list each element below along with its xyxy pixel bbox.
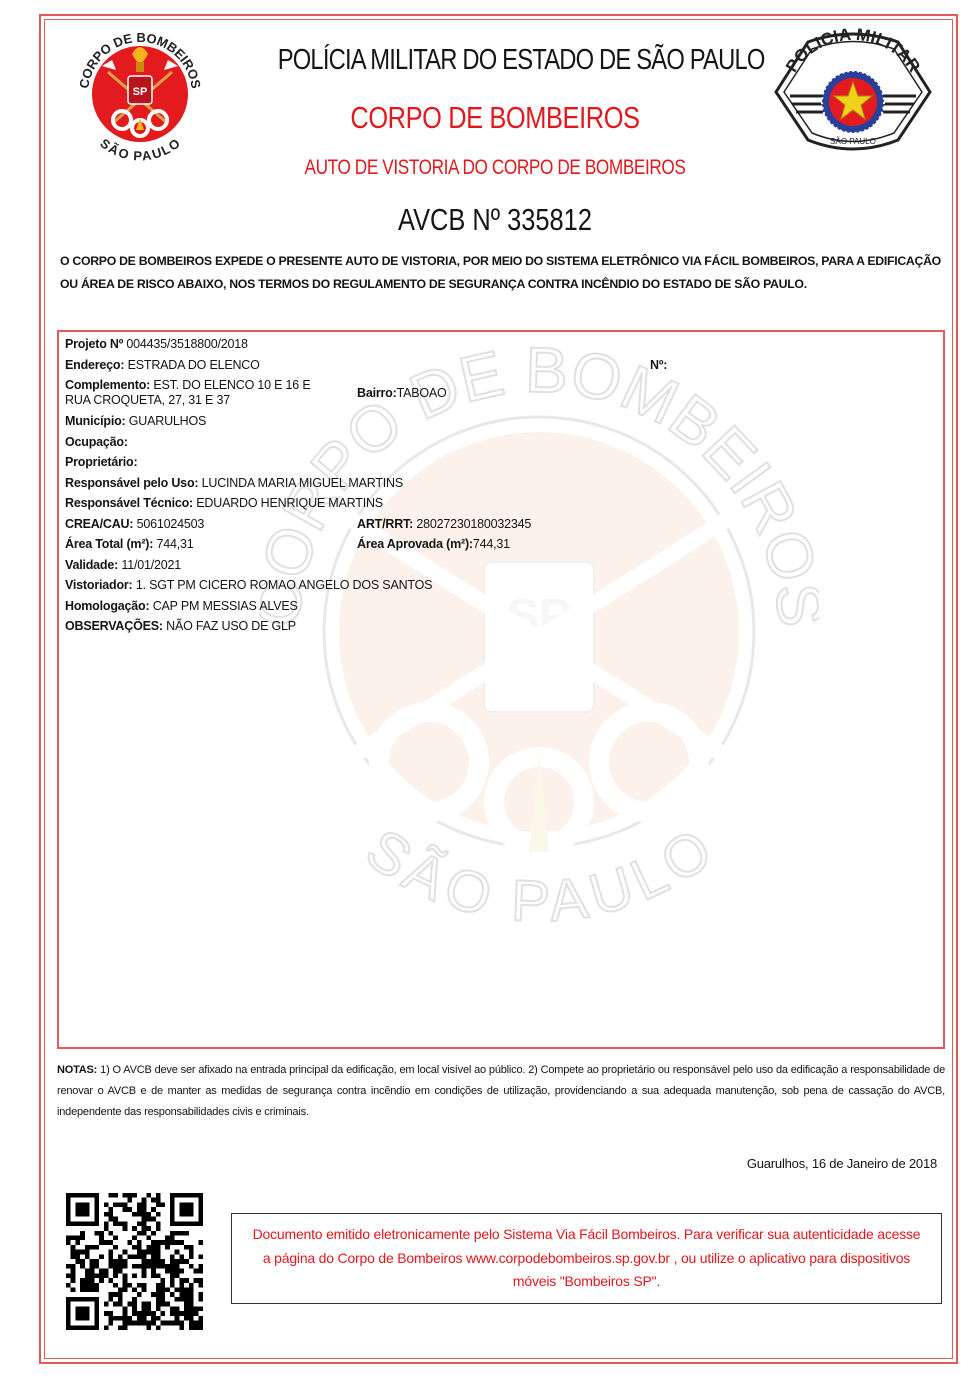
- organization-name: CORPO DE BOMBEIROS: [278, 100, 713, 136]
- svg-text:SP: SP: [133, 86, 148, 98]
- field-proprietario: Proprietário:: [65, 452, 432, 473]
- corpo-de-bombeiros-emblem-icon: CORPO DE BOMBEIROS SÃO PAULO SP: [70, 22, 210, 164]
- verification-text: Documento emitido eletronicamente pelo S…: [232, 1223, 941, 1294]
- field-validade: Validade: 11/01/2021: [65, 555, 432, 576]
- notes-paragraph: NOTAS: 1) O AVCB deve ser afixado na ent…: [57, 1060, 945, 1123]
- field-area-aprovada: Área Aprovada (m²):744,31: [357, 534, 510, 555]
- complemento-value-2: RUA CROQUETA, 27, 31 E 37: [65, 393, 230, 407]
- field-observacoes: OBSERVAÇÕES: NÃO FAZ USO DE GLP: [65, 616, 432, 637]
- field-municipio: Município: GUARULHOS: [65, 411, 432, 432]
- field-area-total: Área Total (m²): 744,31 Área Aprovada (m…: [65, 534, 432, 555]
- data-box: CORPO DE BOMBEIROS SÃO PAULO SP Projeto …: [57, 330, 945, 1049]
- field-art-rrt: ART/RRT: 28027230180032345: [357, 514, 531, 535]
- field-vistoriador: Vistoriador: 1. SGT PM CICERO ROMAO ANGE…: [65, 575, 432, 596]
- intro-paragraph: O CORPO DE BOMBEIROS EXPEDE O PRESENTE A…: [60, 250, 944, 296]
- policia-militar-badge-icon: POLICIA MILITAR SÃO PAULO: [768, 22, 938, 162]
- notes-text: 1) O AVCB deve ser afixado na entrada pr…: [57, 1064, 945, 1118]
- field-numero: Nº:: [650, 355, 667, 376]
- qr-code-icon[interactable]: [66, 1193, 203, 1330]
- endereco-value: ESTRADA DO ELENCO: [128, 358, 260, 372]
- issue-place-date: Guarulhos, 16 de Janeiro de 2018: [747, 1156, 937, 1171]
- field-projeto: Projeto Nº 004435/3518800/2018: [65, 334, 432, 355]
- complemento-value-1: EST. DO ELENCO 10 E 16 E: [153, 378, 310, 392]
- field-endereco: Endereço: ESTRADA DO ELENCO Nº:: [65, 355, 432, 376]
- field-homologacao: Homologação: CAP PM MESSIAS ALVES: [65, 596, 432, 617]
- field-crea-cau: CREA/CAU: 5061024503 ART/RRT: 2802723018…: [65, 514, 432, 535]
- verification-notice: Documento emitido eletronicamente pelo S…: [231, 1213, 942, 1304]
- projeto-value: 004435/3518800/2018: [126, 337, 247, 351]
- field-complemento: Complemento: EST. DO ELENCO 10 E 16 E RU…: [65, 375, 432, 411]
- document-type: AUTO DE VISTORIA DO CORPO DE BOMBEIROS: [278, 156, 713, 180]
- svg-text:SÃO PAULO: SÃO PAULO: [830, 137, 876, 146]
- field-bairro: Bairro:TABOAO: [357, 386, 447, 401]
- field-responsavel-uso: Responsável pelo Uso: LUCINDA MARIA MIGU…: [65, 473, 432, 494]
- avcb-number: AVCB Nº 335812: [278, 202, 713, 238]
- inspection-fields: Projeto Nº 004435/3518800/2018 Endereço:…: [65, 334, 432, 637]
- field-responsavel-tecnico: Responsável Técnico: EDUARDO HENRIQUE MA…: [65, 493, 432, 514]
- page-title: POLÍCIA MILITAR DO ESTADO DE SÃO PAULO: [278, 44, 713, 77]
- notes-label: NOTAS:: [57, 1064, 97, 1076]
- field-ocupacao: Ocupação:: [65, 432, 432, 453]
